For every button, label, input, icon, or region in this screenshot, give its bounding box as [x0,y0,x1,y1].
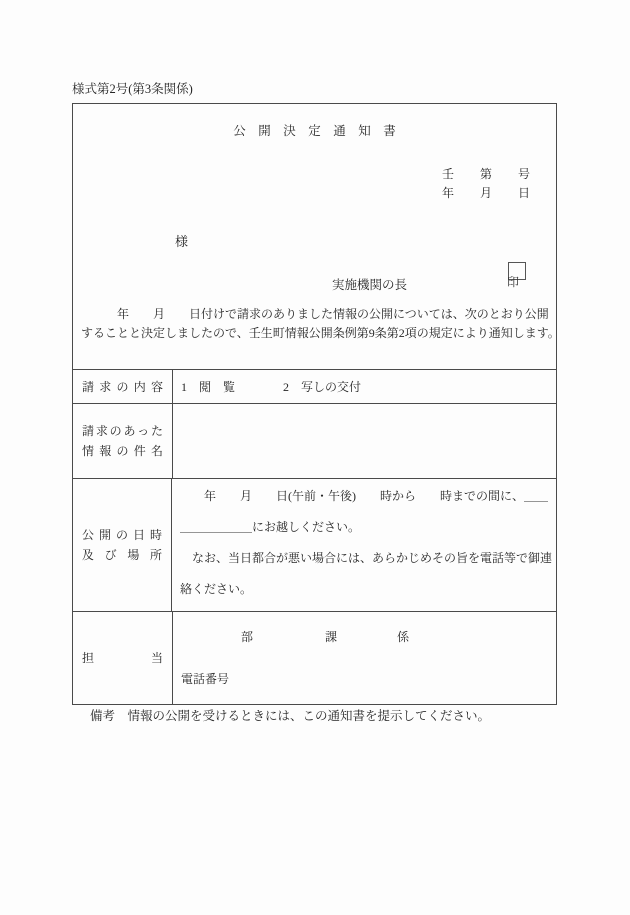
row-content-information-name [173,404,556,478]
document-number-block: 壬 第 号 年 月 日 [442,165,530,203]
body-paragraph-line: 年 月 日付けで請求のありました情報の公開については、次のとおり公開 [81,305,550,324]
row-label-information-name: 請求のあった 情報の件名 [73,404,173,478]
disclosure-notice-line: 絡ください。 [180,574,552,605]
row-label-text: 及び場所 [82,545,162,565]
row-content-request-content: 1 閲 覧 2 写しの交付 [173,370,556,403]
row-label-text: 情報の件名 [82,441,163,461]
document-border-box: 公 開 決 定 通 知 書 壬 第 号 年 月 日 様 実施機関の長 印 年 月… [72,103,557,705]
date-month-label: 月 [480,184,492,203]
table-row-disclosure-datetime-place: 公開の日時 及び場所 年 月 日(午前・午後) 時から 時までの間に、＿＿ ＿＿… [73,478,556,611]
disclosure-datetime-line: 年 月 日(午前・午後) 時から 時までの間に、＿＿ [180,481,552,512]
table-row-information-name: 請求のあった 情報の件名 [73,403,556,478]
row-label-disclosure-datetime-place: 公開の日時 及び場所 [73,479,172,611]
row-label-text: 請求の内容 [82,377,163,397]
remarks-note: 備考 情報の公開を受けるときには、この通知書を提示してください。 [90,707,490,726]
table-row-contact: 担当 部 課 係 電話番号 [73,611,556,704]
seal-box: 印 [504,262,526,294]
request-content-options: 1 閲 覧 2 写しの交付 [181,378,552,396]
body-paragraph: 年 月 日付けで請求のありました情報の公開については、次のとおり公開 することと… [81,305,550,343]
row-label-request-content: 請求の内容 [73,370,173,403]
issuer-label: 実施機関の長 [332,276,407,295]
seal-character: 印 [507,273,519,291]
row-label-text: 公開の日時 [82,525,162,545]
row-content-disclosure-datetime-place: 年 月 日(午前・午後) 時から 時までの間に、＿＿ ＿＿＿＿＿＿にお越しくださ… [172,479,556,611]
disclosure-notice-line: なお、当日都合が悪い場合には、あらかじめその旨を電話等で御連 [180,543,552,574]
doc-number-go: 号 [518,165,530,184]
document-title: 公 開 決 定 通 知 書 [73,122,556,141]
contact-department-line: 部 課 係 [181,625,552,649]
table-row-request-content: 請求の内容 1 閲 覧 2 写しの交付 [73,369,556,403]
row-label-text: 担当 [82,648,163,668]
doc-number-prefix: 壬 [442,165,454,184]
document-page: 様式第2号(第3条関係) 公 開 決 定 通 知 書 壬 第 号 年 月 日 様… [0,0,630,915]
date-year-label: 年 [442,184,454,203]
form-style-label: 様式第2号(第3条関係) [72,80,193,99]
row-label-text: 請求のあった [82,421,163,441]
row-content-contact: 部 課 係 電話番号 [173,612,556,704]
doc-number-dai: 第 [480,165,492,184]
row-label-contact: 担当 [73,612,173,704]
document-date-line: 年 月 日 [442,184,530,203]
addressee-suffix: 様 [175,232,188,252]
body-paragraph-line: することと決定しましたので、壬生町情報公開条例第9条第2項の規定により通知します… [81,324,550,343]
date-day-label: 日 [518,184,530,203]
document-number-line: 壬 第 号 [442,165,530,184]
request-details-table: 請求の内容 1 閲 覧 2 写しの交付 請求のあった 情報の件名 公開の日時 [73,369,556,704]
disclosure-place-line: ＿＿＿＿＿＿にお越しください。 [180,512,552,543]
contact-phone-label: 電話番号 [181,667,552,691]
